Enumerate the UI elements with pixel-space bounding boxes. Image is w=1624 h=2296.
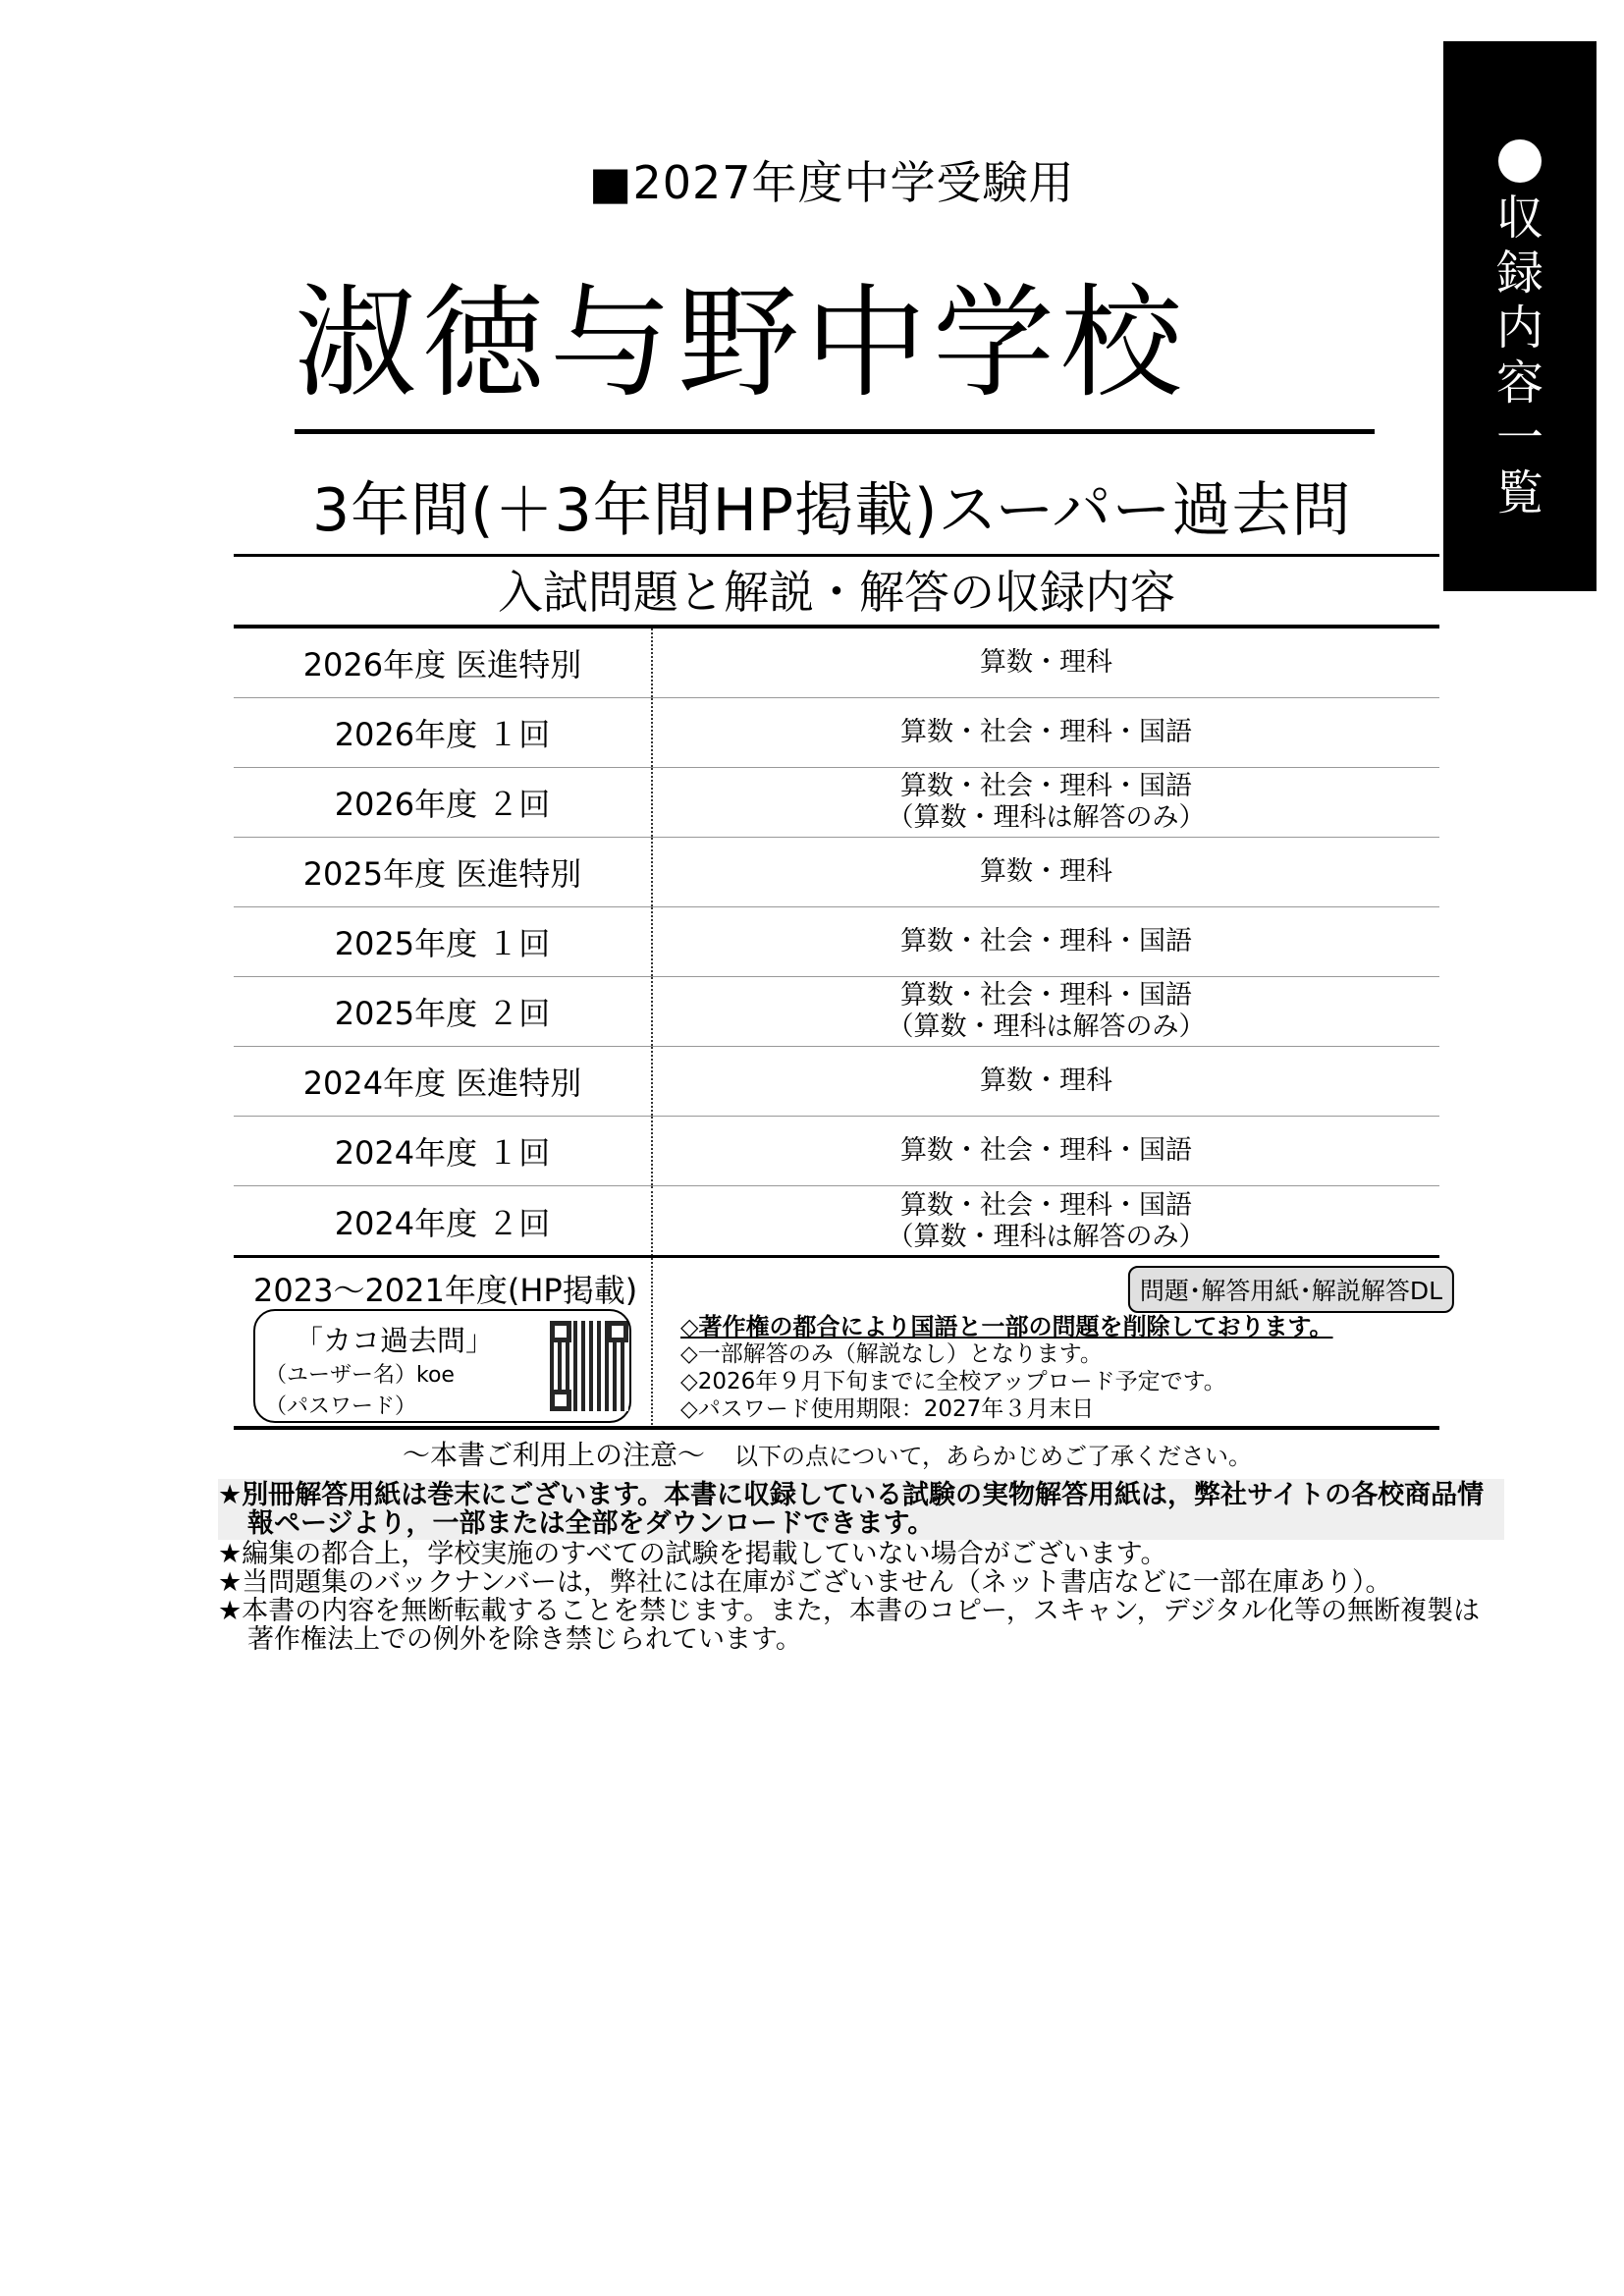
side-tab-contents-list: 収 録 内 容 一 覧 — [1443, 41, 1597, 591]
caution-item: ★別冊解答用紙は巻末にございます。本書に収録している試験の実物解答用紙は，弊社サ… — [218, 1479, 1504, 1540]
subjects-note: （算数・理科は解答のみ） — [888, 802, 1206, 834]
exam-name: 2026年度 １回 — [234, 698, 653, 767]
kako-login-box: 「カコ過去問」 （ユーザー名）koe （パスワード） — [253, 1309, 631, 1423]
subjects: 算数・社会・理科・国語 — [900, 980, 1192, 1011]
table-row: 2025年度 １回 算数・社会・理科・国語 — [234, 907, 1439, 977]
subjects-cell: 算数・社会・理科・国語 （算数・理科は解答のみ） — [653, 977, 1439, 1046]
kako-title: 「カコ過去問」 — [295, 1319, 494, 1359]
hp-left: 2023～2021年度(HP掲載) 「カコ過去問」 （ユーザー名）koe （パス… — [234, 1258, 653, 1425]
subjects-cell: 算数・社会・理科・国語 — [653, 698, 1439, 767]
subjects: 算数・理科 — [980, 647, 1112, 679]
note-item: ◇2026年９月下旬までに全校アップロード予定です。 — [680, 1368, 1333, 1395]
subjects: 算数・社会・理科・国語 — [900, 926, 1192, 957]
exam-name: 2024年度 医進特別 — [234, 1047, 653, 1116]
side-tab-char: 内 — [1496, 301, 1543, 355]
table-row: 2024年度 １回 算数・社会・理科・国語 — [234, 1117, 1439, 1186]
divider — [234, 1426, 1439, 1430]
caution-title: ～本書ご利用上の注意～ — [403, 1439, 705, 1471]
exam-name: 2025年度 医進特別 — [234, 838, 653, 906]
side-tab-char: 収 — [1496, 191, 1543, 246]
caution-item: ★編集の都合上，学校実施のすべての試験を掲載していない場合がございます。 — [218, 1540, 1504, 1568]
hp-right: 問題･解答用紙･解説解答DL ◇著作権の都合により国語と一部の問題を削除しており… — [653, 1258, 1439, 1425]
bullet-circle-icon — [1498, 139, 1542, 183]
contents-title: 入試問題と解説・解答の収録内容 — [234, 560, 1439, 625]
divider — [234, 554, 1439, 557]
caution-item: ★当問題集のバックナンバーは，弊社には在庫がございません（ネット書店などに一部在… — [218, 1568, 1504, 1597]
hp-section: 2023～2021年度(HP掲載) 「カコ過去問」 （ユーザー名）koe （パス… — [234, 1258, 1439, 1425]
table-row: 2026年度 ２回 算数・社会・理科・国語 （算数・理科は解答のみ） — [234, 768, 1439, 838]
subjects-cell: 算数・社会・理科・国語 — [653, 1117, 1439, 1185]
table-row: 2024年度 医進特別 算数・理科 — [234, 1047, 1439, 1117]
caution-item: ★本書の内容を無断転載することを禁じます。また，本書のコピー，スキャン，デジタル… — [218, 1597, 1504, 1654]
exam-name: 2024年度 ２回 — [234, 1186, 653, 1256]
download-button[interactable]: 問題･解答用紙･解説解答DL — [1128, 1266, 1454, 1313]
exam-name: 2026年度 ２回 — [234, 768, 653, 837]
subjects: 算数・社会・理科・国語 — [900, 717, 1192, 748]
table-row: 2026年度 １回 算数・社会・理科・国語 — [234, 698, 1439, 768]
table-row: 2026年度 医進特別 算数・理科 — [234, 629, 1439, 698]
exam-name: 2025年度 ２回 — [234, 977, 653, 1046]
subjects-note: （算数・理科は解答のみ） — [888, 1011, 1206, 1043]
qr-code-icon[interactable] — [550, 1321, 628, 1411]
hp-notes: ◇著作権の都合により国語と一部の問題を削除しております。 ◇一部解答のみ（解説な… — [680, 1313, 1333, 1423]
note-item: ◇一部解答のみ（解説なし）となります。 — [680, 1340, 1333, 1368]
table-row: 2024年度 ２回 算数・社会・理科・国語 （算数・理科は解答のみ） — [234, 1186, 1439, 1256]
school-name: 淑徳与野中学校 — [295, 275, 1375, 412]
subjects-note: （算数・理科は解答のみ） — [888, 1222, 1206, 1253]
book-subtitle: 3年間(＋3年間HP掲載)スーパー過去問 — [312, 464, 1351, 548]
side-tab-char: 容 — [1496, 355, 1543, 410]
subjects-cell: 算数・理科 — [653, 838, 1439, 906]
subjects-cell: 算数・社会・理科・国語 — [653, 907, 1439, 976]
exam-name: 2024年度 １回 — [234, 1117, 653, 1185]
exam-name: 2026年度 医進特別 — [234, 629, 653, 697]
hp-years: 2023～2021年度(HP掲載) — [253, 1266, 637, 1311]
subjects-cell: 算数・理科 — [653, 1047, 1439, 1116]
note-item: ◇パスワード使用期限：2027年３月末日 — [680, 1395, 1333, 1423]
side-tab-char: 一 — [1496, 410, 1543, 465]
subjects-cell: 算数・社会・理科・国語 （算数・理科は解答のみ） — [653, 1186, 1439, 1256]
side-tab-char: 覧 — [1496, 465, 1543, 520]
divider — [295, 429, 1375, 434]
exam-name: 2025年度 １回 — [234, 907, 653, 976]
table-row: 2025年度 医進特別 算数・理科 — [234, 838, 1439, 907]
note-item: ◇著作権の都合により国語と一部の問題を削除しております。 — [680, 1313, 1333, 1340]
subjects: 算数・社会・理科・国語 — [900, 1135, 1192, 1167]
table-row: 2025年度 ２回 算数・社会・理科・国語 （算数・理科は解答のみ） — [234, 977, 1439, 1047]
subjects: 算数・社会・理科・国語 — [900, 1190, 1192, 1222]
subjects-cell: 算数・社会・理科・国語 （算数・理科は解答のみ） — [653, 768, 1439, 837]
contents-table: 2026年度 医進特別 算数・理科 2026年度 １回 算数・社会・理科・国語 … — [234, 629, 1439, 1256]
year-tag: ■2027年度中学受験用 — [589, 147, 1075, 212]
subjects: 算数・理科 — [980, 1066, 1112, 1097]
caution-heading: ～本書ご利用上の注意～以下の点について，あらかじめご了承ください。 — [403, 1434, 1252, 1473]
subjects: 算数・社会・理科・国語 — [900, 771, 1192, 802]
caution-subtitle: 以下の点について，あらかじめご了承ください。 — [734, 1443, 1252, 1470]
username-label: （ユーザー名）koe — [265, 1358, 455, 1389]
subjects-cell: 算数・理科 — [653, 629, 1439, 697]
side-tab-char: 録 — [1496, 246, 1543, 301]
password-label: （パスワード） — [265, 1390, 416, 1420]
subjects: 算数・理科 — [980, 856, 1112, 888]
caution-list: ★別冊解答用紙は巻末にございます。本書に収録している試験の実物解答用紙は，弊社サ… — [218, 1479, 1504, 1654]
